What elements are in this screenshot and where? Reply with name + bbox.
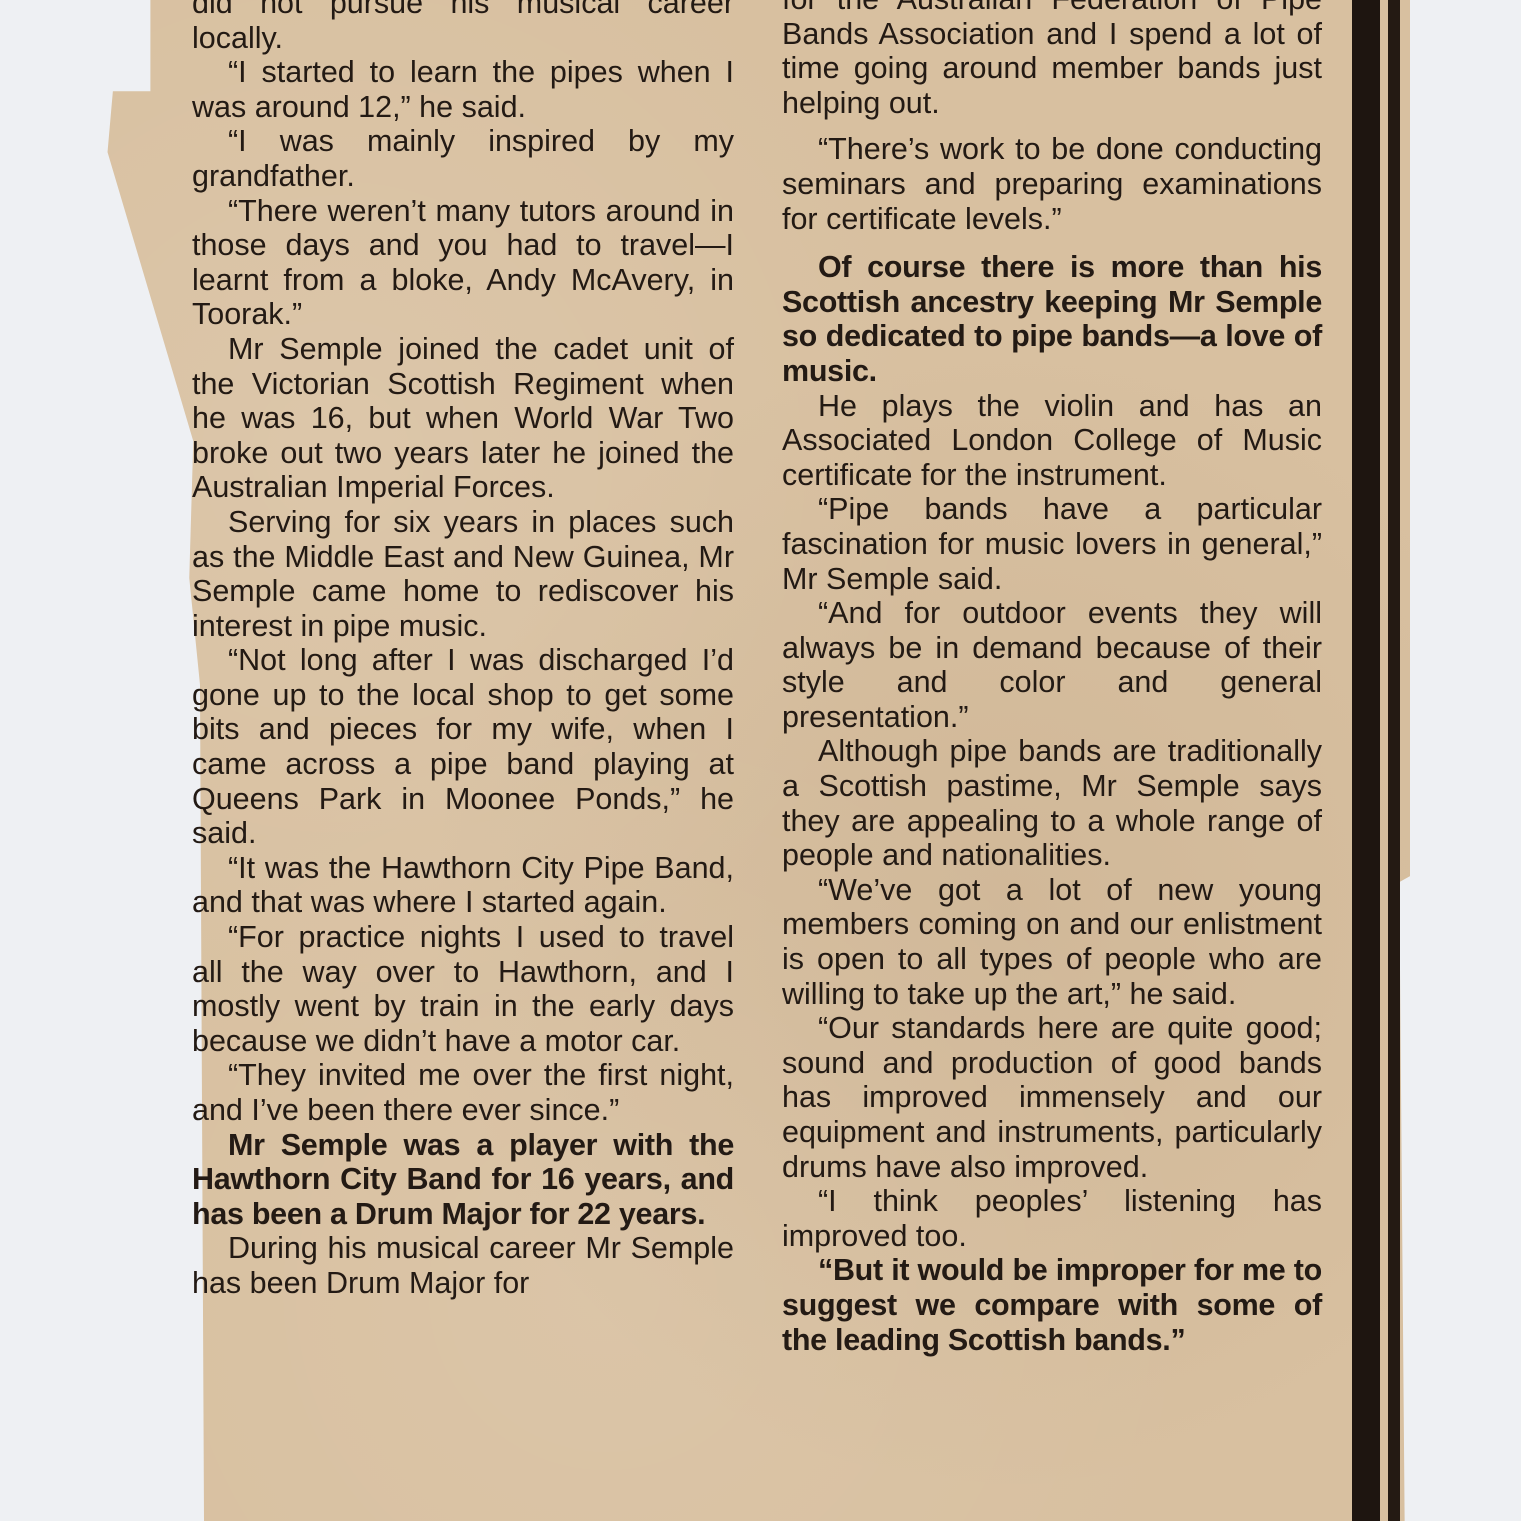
paragraph: During his musical career Mr Semple has … (192, 1231, 734, 1300)
paragraph: “There’s work to be done conducting semi… (782, 132, 1322, 236)
paragraph: “I started to learn the pipes when I was… (192, 55, 734, 124)
paragraph: Mr Semple joined the cadet unit of the V… (192, 332, 734, 505)
column-rule-thick (1352, 0, 1380, 1521)
paragraph: “And for outdoor events they will always… (782, 596, 1322, 734)
paragraph: “I think peoples’ listening has improved… (782, 1184, 1322, 1253)
article-column-right: for the Australian Federation of Pipe Ba… (782, 0, 1322, 1357)
paragraph: “We’ve got a lot of new young members co… (782, 873, 1322, 1011)
paragraph: “For practice nights I used to travel al… (192, 920, 734, 1058)
column-rule-thin (1388, 0, 1400, 1521)
bold-paragraph: “But it would be improper for me to sugg… (782, 1253, 1322, 1357)
paragraph: “It was the Hawthorn City Pipe Band, and… (192, 851, 734, 920)
paragraph: He plays the violin and has an Associate… (782, 389, 1322, 493)
paragraph: “There weren’t many tutors around in tho… (192, 194, 734, 332)
article-column-left: did not pursue his musical career locall… (192, 0, 734, 1301)
paragraph: “They invited me over the first night, a… (192, 1058, 734, 1127)
paragraph: “Not long after I was discharged I’d gon… (192, 643, 734, 851)
bold-paragraph: Mr Semple was a player with the Hawthorn… (192, 1128, 734, 1232)
paragraph: Serving for six years in places such as … (192, 505, 734, 643)
paragraph: “Our standards here are quite good; soun… (782, 1011, 1322, 1184)
paragraph: “I was mainly inspired by my grandfather… (192, 124, 734, 193)
bold-paragraph: Of course there is more than his Scottis… (782, 250, 1322, 388)
paragraph: for the Australian Federation of Pipe Ba… (782, 0, 1322, 120)
paragraph: “Pipe bands have a particular fascinatio… (782, 492, 1322, 596)
paragraph: did not pursue his musical career locall… (192, 0, 734, 55)
paragraph: Although pipe bands are traditionally a … (782, 734, 1322, 872)
